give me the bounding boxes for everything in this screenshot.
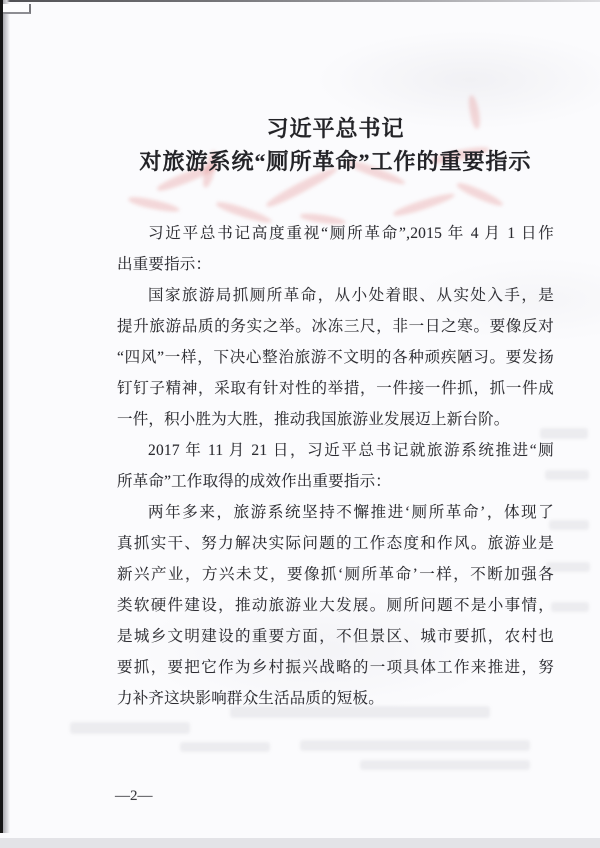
- body-line: 两年多来，旅游系统坚持不懈推进‘厕所革命’，体现了: [117, 497, 554, 528]
- bleed-through-mark: [70, 722, 190, 734]
- document-title-line1: 习近平总书记: [117, 112, 554, 145]
- body-line: 钉钉子精神，采取有针对性的举措，一件接一件抓，抓一件成: [117, 373, 554, 404]
- body-line: “四风”一样，下决心整治旅游不文明的各种顽疾陋习。要发扬: [117, 342, 554, 373]
- body-line: 提升旅游品质的务实之举。冰冻三尺，非一日之寒。要像反对: [117, 311, 554, 342]
- scanned-document-page: 习近平总书记 对旅游系统“厕所革命”工作的重要指示 习近平总书记高度重视“厕所革…: [0, 0, 600, 848]
- bleed-through-mark: [360, 760, 530, 770]
- scan-corner-notch: [3, 4, 31, 14]
- document-content: 习近平总书记 对旅游系统“厕所革命”工作的重要指示 习近平总书记高度重视“厕所革…: [117, 112, 554, 714]
- body-line: 出重要指示：: [117, 249, 554, 280]
- scan-edge-bottom: [0, 838, 600, 848]
- document-body: 习近平总书记高度重视“厕所革命”,2015 年 4 月 1 日作 出重要指示： …: [117, 218, 554, 714]
- body-line: 习近平总书记高度重视“厕所革命”,2015 年 4 月 1 日作: [117, 218, 554, 249]
- bleed-through-mark: [300, 740, 530, 751]
- document-title-line2: 对旅游系统“厕所革命”工作的重要指示: [117, 145, 554, 178]
- body-line: 所革命”工作取得的成效作出重要指示：: [117, 466, 554, 497]
- bleed-through-mark: [180, 742, 270, 752]
- body-line: 类软硬件建设，推动旅游业大发展。厕所问题不是小事情，: [117, 590, 554, 621]
- scan-edge-top: [0, 0, 600, 2]
- body-line: 国家旅游局抓厕所革命，从小处着眼、从实处入手，是: [117, 280, 554, 311]
- bleed-through-mark: [549, 520, 589, 530]
- page-number: —2—: [115, 788, 153, 805]
- body-line: 力补齐这块影响群众生活品质的短板。: [117, 683, 554, 714]
- body-line: 要抓，要把它作为乡村振兴战略的一项具体工作来推进，努: [117, 652, 554, 683]
- scan-edge-left-shadow: [3, 0, 10, 833]
- body-line: 是城乡文明建设的重要方面，不但景区、城市要抓，农村也: [117, 621, 554, 652]
- body-line: 新兴产业，方兴未艾，要像抓‘厕所革命’一样，不断加强各: [117, 559, 554, 590]
- body-line: 真抓实干、努力解决实际问题的工作态度和作风。旅游业是: [117, 528, 554, 559]
- bleed-through-mark: [551, 602, 589, 612]
- body-line: 2017 年 11 月 21 日，习近平总书记就旅游系统推进“厕: [117, 435, 554, 466]
- body-line: 一件，积小胜为大胜，推动我国旅游业发展迈上新台阶。: [117, 404, 554, 435]
